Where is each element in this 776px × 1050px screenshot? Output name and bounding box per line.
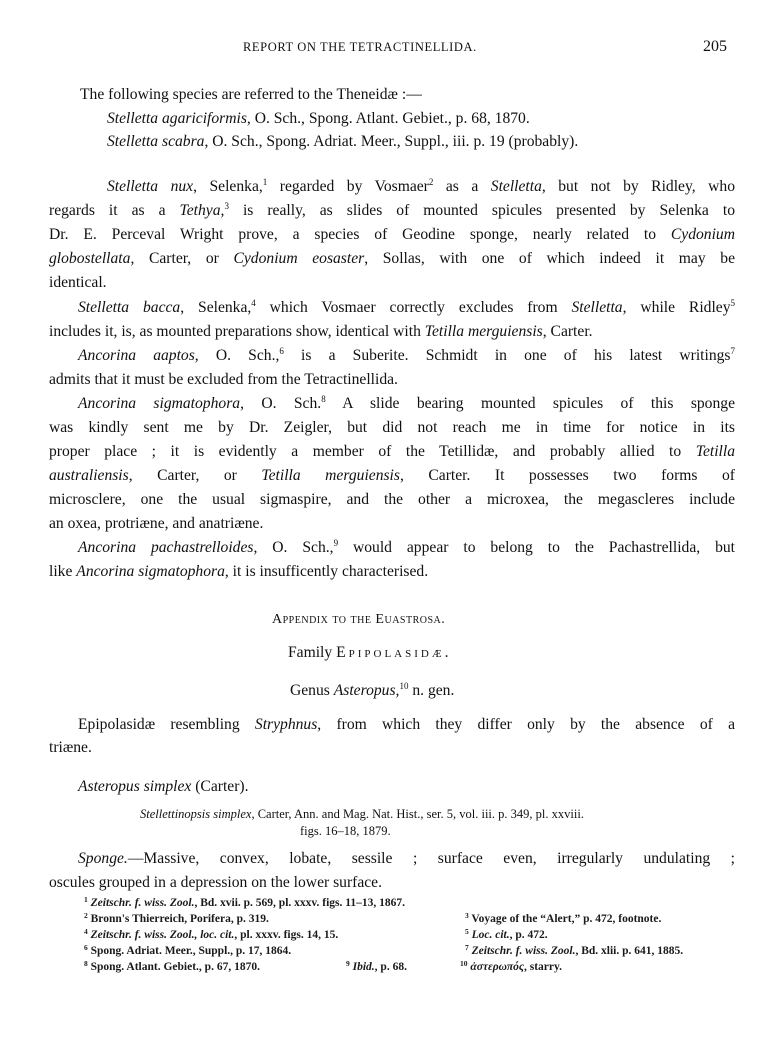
footnote: 10 ἀστερωπός, starry. <box>460 959 562 975</box>
text-line: Dr. E. Perceval Wright prove, a species … <box>49 224 735 246</box>
text-line: Stelletta nux, Selenka,1 regarded by Vos… <box>78 176 735 198</box>
intro-text: The following species are referred to th… <box>80 86 422 103</box>
text-line: Stelletta bacca, Selenka,4 which Vosmaer… <box>49 297 735 319</box>
text-line: triæne. <box>49 737 92 759</box>
text-line: includes it, is, as mounted preparations… <box>49 321 593 343</box>
page-number: 205 <box>703 38 727 56</box>
species-item: Stelletta agariciformis, O. Sch., Spong.… <box>107 108 530 130</box>
species-ref: , O. Sch., Spong. Atlant. Gebiet., p. 68… <box>247 110 530 127</box>
family-name: Epipolasidæ. <box>336 644 451 661</box>
species-name: Asteropus simplex <box>78 778 191 795</box>
text-line: Sponge.—Massive, convex, lobate, sessile… <box>49 848 735 870</box>
footnote: 8 Spong. Atlant. Gebiet., p. 67, 1870. <box>84 959 260 975</box>
appendix-heading: Appendix to the Euastrosa. <box>272 609 445 631</box>
species-name: Stelletta agariciformis <box>107 110 247 127</box>
document-page: REPORT ON THE TETRACTINELLIDA. 205 The f… <box>0 0 776 1050</box>
text-line: microsclere, one the usual sigmaspire, a… <box>49 489 735 511</box>
text-line: an oxea, protriæne, and anatriæne. <box>49 513 263 535</box>
species-name: Stelletta scabra <box>107 133 204 150</box>
species-item: Stelletta scabra, O. Sch., Spong. Adriat… <box>107 131 578 153</box>
footnote-ref[interactable]: 7 <box>731 346 736 356</box>
footnote: 4 Zeitschr. f. wiss. Zool., loc. cit., p… <box>84 927 338 943</box>
text-line: globostellata, Carter, or Cydonium eosas… <box>49 248 735 270</box>
species-ref: , O. Sch., Spong. Adriat. Meer., Suppl.,… <box>204 133 578 150</box>
genus-name: Asteropus, <box>334 682 400 699</box>
footnote: 6 Spong. Adriat. Meer., Suppl., p. 17, 1… <box>84 943 291 959</box>
synonym-line: figs. 16–18, 1879. <box>300 822 391 840</box>
text-line: was kindly sent me by Dr. Zeigler, but d… <box>49 417 735 439</box>
footnote: 9 Ibid., p. 68. <box>346 959 407 975</box>
text-line: admits that it must be excluded from the… <box>49 369 398 391</box>
synonym-line: Stellettinopsis simplex, Carter, Ann. an… <box>140 805 584 823</box>
footnote: 3 Voyage of the “Alert,” p. 472, footnot… <box>465 911 661 927</box>
text-line: Ancorina aaptos, O. Sch.,6 is a Suberite… <box>49 345 735 367</box>
running-head: REPORT ON THE TETRACTINELLIDA. 205 <box>0 40 776 60</box>
text-line: identical. <box>49 272 107 294</box>
text-line: proper place ; it is evidently a member … <box>49 441 735 463</box>
theneidae-intro: The following species are referred to th… <box>80 84 422 106</box>
text-line: like Ancorina sigmatophora, it is insuff… <box>49 561 428 583</box>
family-heading: Family Epipolasidæ. <box>288 642 452 664</box>
running-title: REPORT ON THE TETRACTINELLIDA. <box>243 40 477 55</box>
text-line: australiensis, Carter, or Tetilla mergui… <box>49 465 735 487</box>
text-line: Epipolasidæ resembling Stryphnus, from w… <box>49 714 735 736</box>
species-heading: Asteropus simplex (Carter). <box>78 776 249 798</box>
footnote-ref[interactable]: 5 <box>731 298 736 308</box>
footnote: 2 Bronn's Thierreich, Porifera, p. 319. <box>84 911 269 927</box>
text-line: Ancorina sigmatophora, O. Sch.8 A slide … <box>49 393 735 415</box>
genus-heading: Genus Asteropus,10 n. gen. <box>290 680 454 702</box>
text-line: oscules grouped in a depression on the l… <box>49 872 382 894</box>
text-line: regards it as a Tethya,3 is really, as s… <box>49 200 735 222</box>
footnote: 5 Loc. cit., p. 472. <box>465 927 548 943</box>
text-line: Ancorina pachastrelloides, O. Sch.,9 wou… <box>49 537 735 559</box>
footnote: 7 Zeitschr. f. wiss. Zool., Bd. xlii. p.… <box>465 943 683 959</box>
footnote: 1 Zeitschr. f. wiss. Zool., Bd. xvii. p.… <box>84 895 405 911</box>
